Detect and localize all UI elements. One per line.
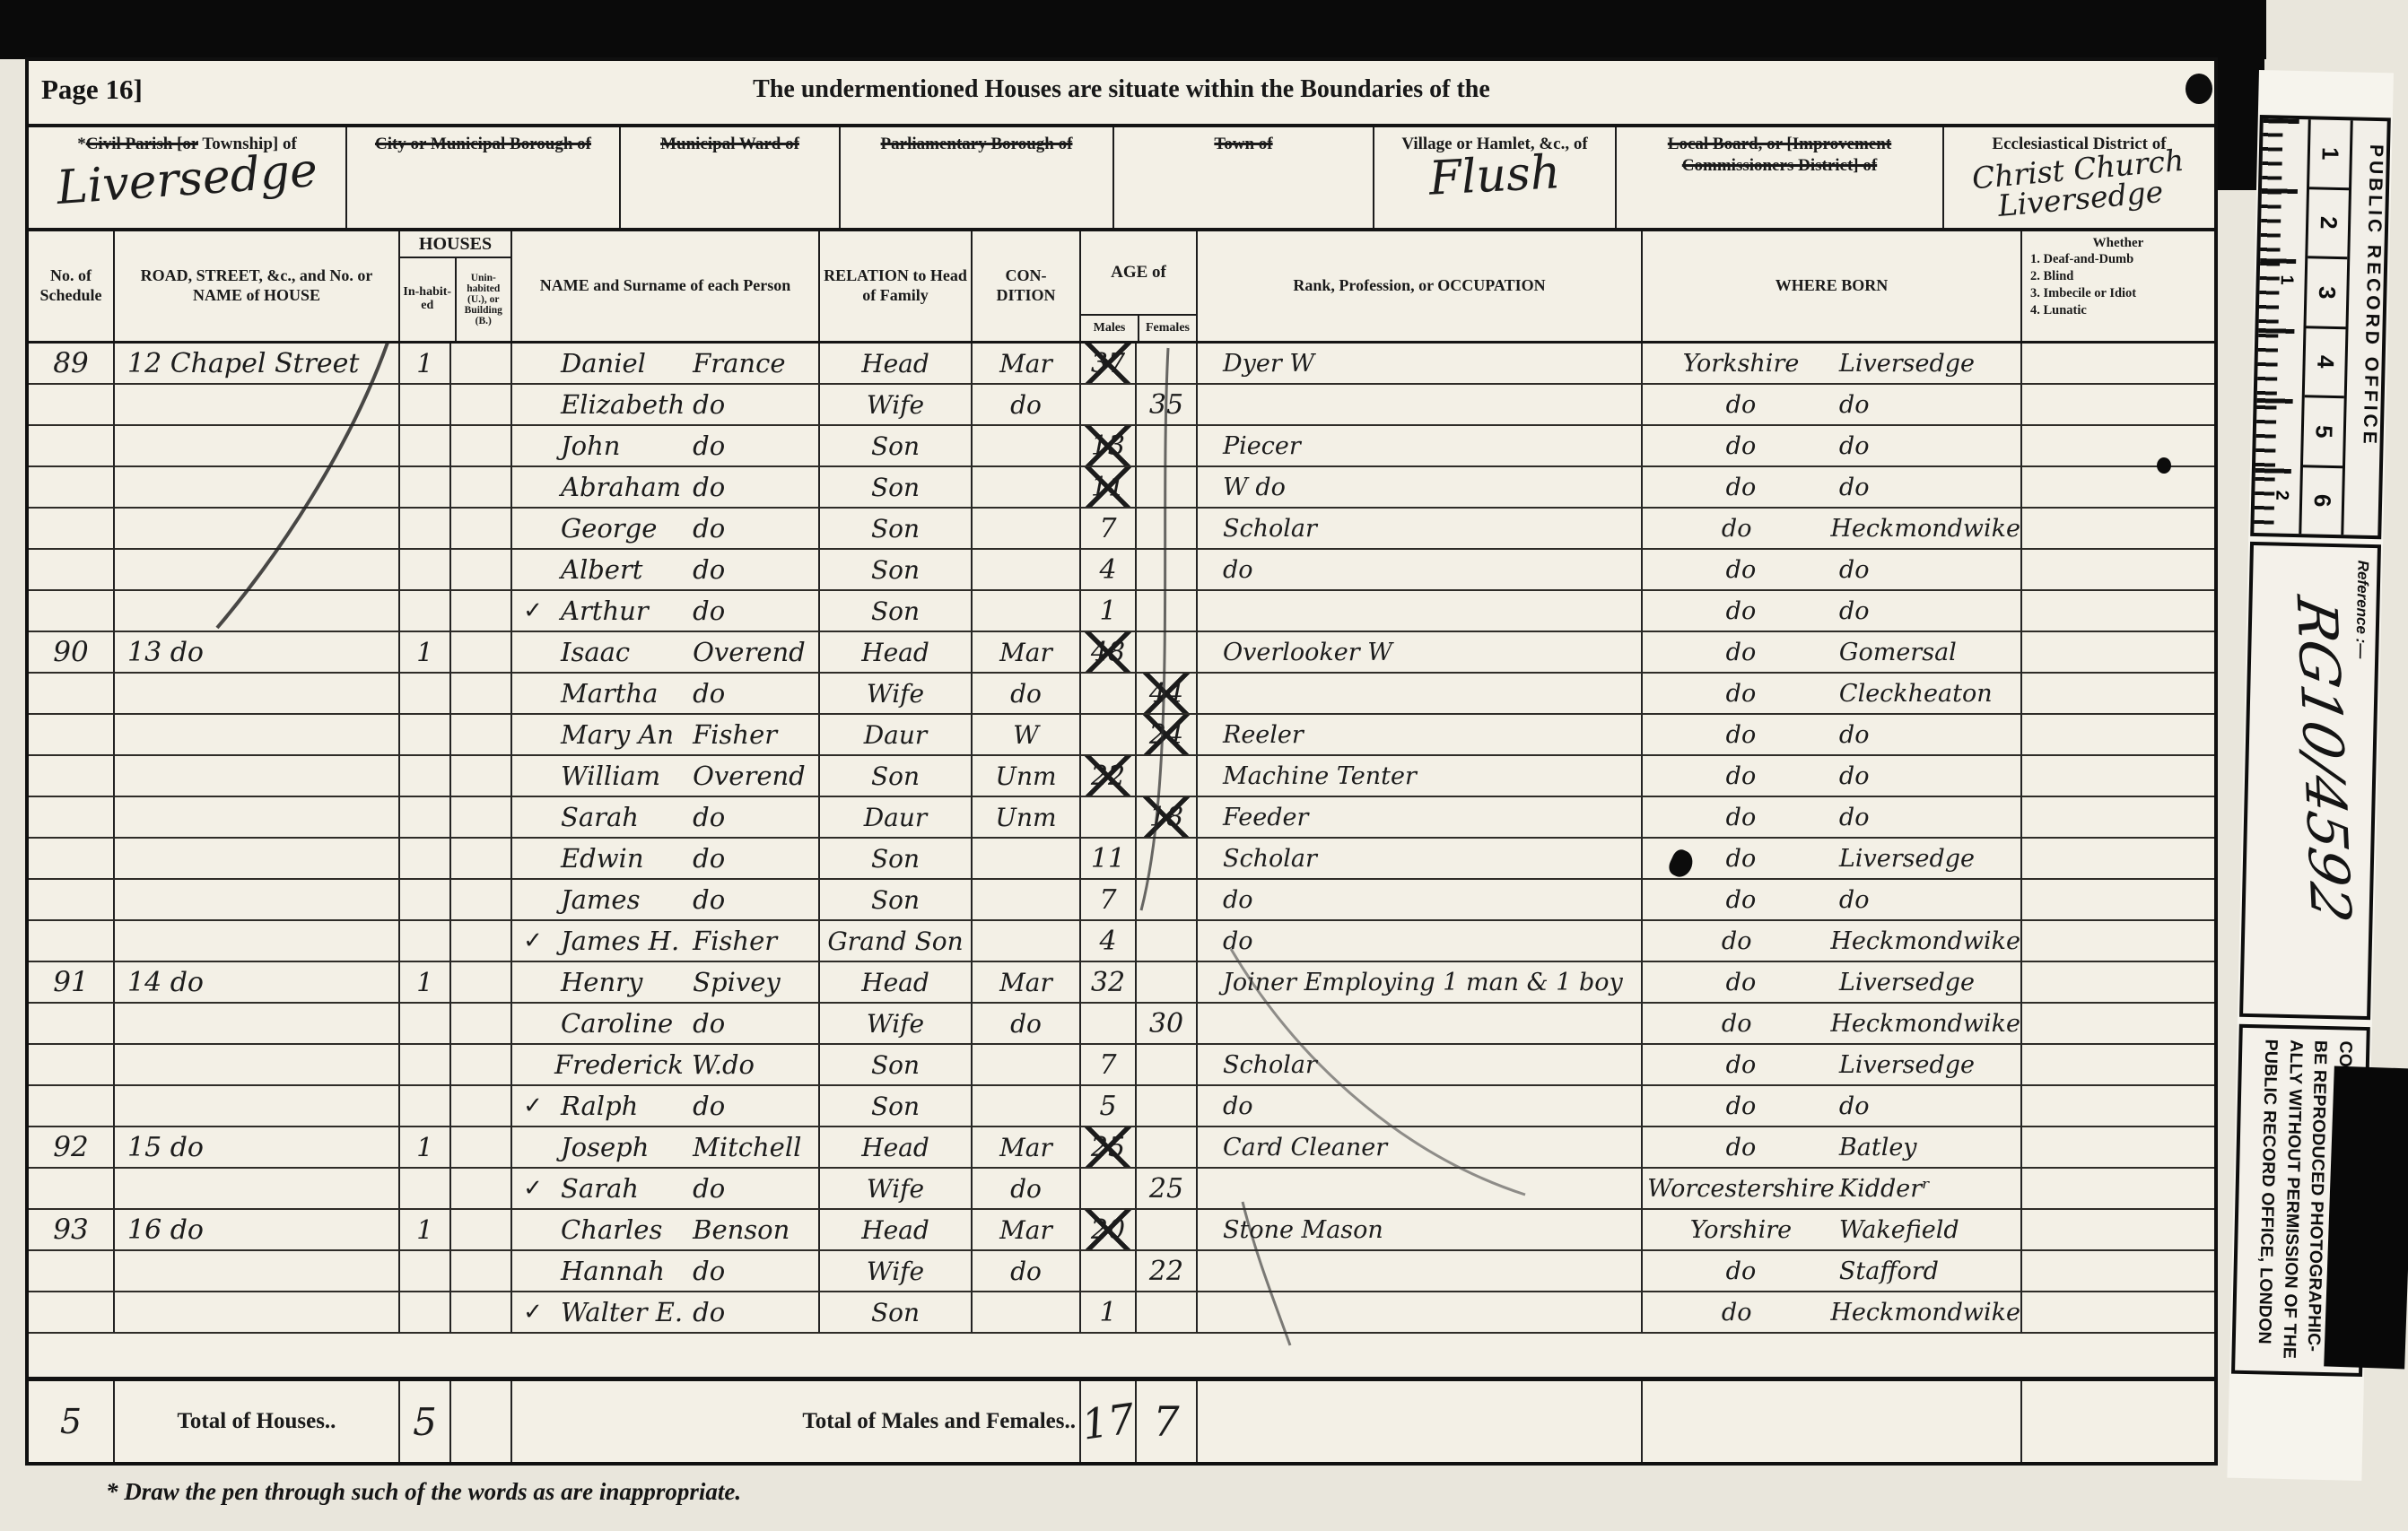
uninhabited-cell <box>451 467 512 509</box>
col-header-males: Males <box>1081 316 1139 341</box>
relation-cell: Son <box>820 1086 973 1127</box>
birth-county: do <box>1643 1257 1839 1285</box>
table-row: Edwin do Son 11 Scholar do Liversedge <box>29 839 2214 880</box>
age-female-cell <box>1137 1210 1198 1251</box>
name-cell: Mary An Fisher <box>512 715 820 756</box>
age-female-cell: 44 <box>1137 674 1198 715</box>
relation-cell: Son <box>820 880 973 921</box>
birth-place: do <box>1839 804 2020 831</box>
age-female-cell: 35 <box>1137 385 1198 426</box>
age-male-cell <box>1081 1251 1137 1292</box>
surname: do <box>693 554 818 585</box>
schedule-cell: 92 <box>29 1127 115 1169</box>
ink-blot <box>2186 74 2212 104</box>
occupation-cell <box>1198 1292 1643 1334</box>
surname: Spivey <box>693 967 818 997</box>
birth-place: Liversedge <box>1839 1051 2020 1079</box>
form-header-row: Page 16] The undermentioned Houses are s… <box>29 61 2214 127</box>
surname: Mitchell <box>693 1132 818 1162</box>
name-cell: ✓ Sarah do <box>512 1169 820 1210</box>
birthplace-cell: do do <box>1643 797 2022 839</box>
age-male-cell: 37 <box>1081 344 1137 385</box>
given-name: Arthur <box>546 596 693 626</box>
photo-dark-edge-top <box>0 0 2266 59</box>
given-name: Frederick W. <box>540 1049 722 1080</box>
age-male-cell: 22 <box>1081 756 1137 797</box>
occupation-cell: do <box>1198 1086 1643 1127</box>
inhabited-cell: 1 <box>400 962 451 1004</box>
condition-cell <box>973 550 1081 591</box>
road-cell <box>115 880 400 921</box>
occupation-cell: Piecer <box>1198 426 1643 467</box>
road-cell <box>115 1045 400 1086</box>
check-mark: ✓ <box>519 597 546 624</box>
disability-cell <box>2022 426 2214 467</box>
inhabited-cell <box>400 550 451 591</box>
total-females-value: 7 <box>1137 1381 1198 1462</box>
relation-cell: Head <box>820 1127 973 1169</box>
disability-items: 1. Deaf-and-Dumb2. Blind3. Imbecile or I… <box>2026 251 2211 318</box>
occupation-cell: do <box>1198 880 1643 921</box>
reference-label: Reference :— <box>2351 561 2371 659</box>
table-row: ✓ Arthur do Son 1 do do <box>29 591 2214 632</box>
header-fields: *Civil Parish [or Township] of Liversedg… <box>29 127 2214 231</box>
name-cell: Isaac Overend <box>512 632 820 674</box>
name-cell: John do <box>512 426 820 467</box>
disability-cell <box>2022 715 2214 756</box>
occupation-cell: do <box>1198 921 1643 962</box>
relation-cell: Son <box>820 1045 973 1086</box>
col-header-condition: CON- DITION <box>973 231 1081 341</box>
occupation-cell: Joiner Employing 1 man & 1 boy <box>1198 962 1643 1004</box>
disability-cell <box>2022 962 2214 1004</box>
schedule-cell <box>29 921 115 962</box>
condition-cell <box>973 921 1081 962</box>
disability-cell <box>2022 797 2214 839</box>
given-name: Daniel <box>546 348 693 378</box>
schedule-cell <box>29 1086 115 1127</box>
disability-cell <box>2022 632 2214 674</box>
relation-cell: Son <box>820 591 973 632</box>
relation-cell: Wife <box>820 1169 973 1210</box>
disability-cell <box>2022 1086 2214 1127</box>
condition-cell: do <box>973 1004 1081 1045</box>
birth-place: do <box>1839 474 2020 501</box>
schedule-cell <box>29 509 115 550</box>
birthplace-cell: do Batley <box>1643 1127 2022 1169</box>
age-male-cell: 4 <box>1081 921 1137 962</box>
occupation-cell: Dyer W <box>1198 344 1643 385</box>
photo-dark-corner <box>2324 1066 2408 1370</box>
occupation-cell: Feeder <box>1198 797 1643 839</box>
given-name: Edwin <box>546 843 693 874</box>
header-field-label: Town of <box>1114 127 1373 155</box>
inhabited-cell <box>400 674 451 715</box>
relation-cell: Son <box>820 426 973 467</box>
birth-county: Worcestershire <box>1643 1175 1839 1203</box>
name-cell: ✓ James H. Fisher <box>512 921 820 962</box>
relation-cell: Wife <box>820 674 973 715</box>
table-row: 89 12 Chapel Street 1 Daniel France Head… <box>29 344 2214 385</box>
table-row: John do Son 13 Piecer do do <box>29 426 2214 467</box>
age-male-cell: 32 <box>1081 962 1137 1004</box>
col-header-houses: HOUSES In-habit-ed Unin-habited (U.), or… <box>400 231 512 341</box>
col-header-females: Females <box>1139 316 1196 341</box>
schedule-cell <box>29 674 115 715</box>
road-cell <box>115 797 400 839</box>
occupation-cell: Scholar <box>1198 509 1643 550</box>
birth-place: do <box>1839 391 2020 419</box>
relation-cell: Head <box>820 1210 973 1251</box>
table-row: George do Son 7 Scholar do Heckmondwike <box>29 509 2214 550</box>
name-cell: ✓ Ralph do <box>512 1086 820 1127</box>
birth-county: do <box>1643 969 1839 996</box>
birthplace-cell: Yorshire Wakefield <box>1643 1210 2022 1251</box>
birth-place: Gomersal <box>1839 639 2020 666</box>
condition-cell: Mar <box>973 1210 1081 1251</box>
relation-cell: Son <box>820 550 973 591</box>
occupation-cell: W do <box>1198 467 1643 509</box>
total-males-value: 17 <box>1081 1381 1137 1462</box>
uninhabited-cell <box>451 1004 512 1045</box>
name-cell: William Overend <box>512 756 820 797</box>
pro-ruler: 1 2 123456 PUBLIC RECORD OFFICE <box>2250 115 2391 539</box>
condition-cell: Unm <box>973 797 1081 839</box>
birth-place: Stafford <box>1839 1257 2020 1285</box>
condition-cell: do <box>973 1251 1081 1292</box>
birth-place: Batley <box>1839 1134 2020 1161</box>
given-name: Albert <box>546 554 693 585</box>
condition-cell: do <box>973 674 1081 715</box>
uninhabited-cell <box>451 1045 512 1086</box>
schedule-total-value: 5 <box>29 1381 115 1462</box>
disability-cell <box>2022 550 2214 591</box>
schedule-cell <box>29 426 115 467</box>
road-cell <box>115 509 400 550</box>
schedule-cell: 91 <box>29 962 115 1004</box>
table-row: 92 15 do 1 Joseph Mitchell Head Mar 25 C… <box>29 1127 2214 1169</box>
disability-cell <box>2022 509 2214 550</box>
birth-place: Wakefield <box>1839 1216 2020 1244</box>
disability-cell <box>2022 1251 2214 1292</box>
given-name: William <box>546 761 693 791</box>
uninhabited-cell <box>451 1127 512 1169</box>
condition-cell <box>973 467 1081 509</box>
relation-cell: Son <box>820 839 973 880</box>
relation-cell: Wife <box>820 385 973 426</box>
uninhabited-cell <box>451 715 512 756</box>
road-cell <box>115 591 400 632</box>
road-cell: 16 do <box>115 1210 400 1251</box>
age-male-cell: 20 <box>1081 1210 1137 1251</box>
disability-cell <box>2022 385 2214 426</box>
table-row: Caroline do Wife do 30 do Heckmondwike <box>29 1004 2214 1045</box>
uninhabited-cell <box>451 839 512 880</box>
birth-county: do <box>1643 639 1839 666</box>
road-cell <box>115 674 400 715</box>
occupation-cell: Scholar <box>1198 839 1643 880</box>
surname: France <box>693 348 818 378</box>
birth-county: do <box>1643 680 1839 708</box>
road-cell <box>115 426 400 467</box>
road-cell: 13 do <box>115 632 400 674</box>
table-row: ✓ Sarah do Wife do 25 Worcestershire Kid… <box>29 1169 2214 1210</box>
birthplace-cell: do do <box>1643 550 2022 591</box>
disability-cell <box>2022 344 2214 385</box>
condition-cell: do <box>973 385 1081 426</box>
occupation-cell: Card Cleaner <box>1198 1127 1643 1169</box>
given-name: James <box>546 884 693 915</box>
relation-cell: Wife <box>820 1251 973 1292</box>
birth-place: Heckmondwike <box>1830 1299 2020 1327</box>
occupation-cell: do <box>1198 550 1643 591</box>
uninhabited-cell <box>451 1292 512 1334</box>
col-header-age: AGE of Males Females <box>1081 231 1198 341</box>
relation-cell: Daur <box>820 715 973 756</box>
age-male-cell: 1 <box>1081 1292 1137 1334</box>
header-field: Town of <box>1114 127 1374 228</box>
col-header-occupation: Rank, Profession, or OCCUPATION <box>1198 231 1643 341</box>
header-field-label: City or Municipal Borough of <box>347 127 619 155</box>
relation-cell: Head <box>820 344 973 385</box>
name-cell: ✓ Arthur do <box>512 591 820 632</box>
condition-cell: Mar <box>973 344 1081 385</box>
surname: do <box>693 596 818 626</box>
road-cell <box>115 756 400 797</box>
age-female-cell <box>1137 962 1198 1004</box>
age-female-cell <box>1137 880 1198 921</box>
birthplace-cell: do Liversedge <box>1643 962 2022 1004</box>
given-name: John <box>546 431 693 461</box>
surname: do <box>693 1256 818 1286</box>
birthplace-cell: Worcestershire Kidderʳ <box>1643 1169 2022 1210</box>
given-name: Caroline <box>546 1008 693 1039</box>
birthplace-cell: do Liversedge <box>1643 839 2022 880</box>
road-cell <box>115 385 400 426</box>
birth-place: Liversedge <box>1839 969 2020 996</box>
table-row: Mary An Fisher Daur W 24 Reeler do do <box>29 715 2214 756</box>
uninhabited-cell <box>451 426 512 467</box>
empty-row <box>29 1334 2214 1381</box>
name-cell: Charles Benson <box>512 1210 820 1251</box>
inhabited-cell <box>400 591 451 632</box>
road-cell <box>115 550 400 591</box>
birth-county: do <box>1643 556 1839 584</box>
birth-place: do <box>1839 721 2020 749</box>
uninhabited-cell <box>451 550 512 591</box>
birth-place: Cleckheaton <box>1839 680 2020 708</box>
given-name: Hannah <box>546 1256 693 1286</box>
ruler-number: 3 <box>2306 258 2347 328</box>
name-cell: ✓ Walter E. do <box>512 1292 820 1334</box>
header-field: City or Municipal Borough of <box>347 127 621 228</box>
given-name: Martha <box>546 678 693 709</box>
birth-place: Kidderʳ <box>1839 1175 2020 1203</box>
ruler-inch-label: 1 <box>2276 274 2297 285</box>
inhabited-cell <box>400 426 451 467</box>
given-name: Mary An <box>546 719 693 750</box>
condition-cell <box>973 839 1081 880</box>
birth-place: Liversedge <box>1839 350 2020 378</box>
condition-cell: Mar <box>973 1127 1081 1169</box>
birth-place: do <box>1839 1092 2020 1120</box>
table-row: ✓ James H. Fisher Grand Son 4 do do Heck… <box>29 921 2214 962</box>
age-female-cell <box>1137 344 1198 385</box>
surname: do <box>693 472 818 502</box>
inhabited-cell <box>400 756 451 797</box>
check-mark: ✓ <box>519 1299 546 1326</box>
schedule-cell <box>29 467 115 509</box>
road-cell <box>115 1086 400 1127</box>
given-name: George <box>546 513 693 544</box>
check-mark: ✓ <box>519 1175 546 1202</box>
disability-cell <box>2022 756 2214 797</box>
surname: do <box>693 802 818 832</box>
surname: do <box>722 1049 818 1080</box>
age-male-cell: 13 <box>1081 426 1137 467</box>
header-field-label: Municipal Ward of <box>621 127 839 155</box>
inhabited-cell <box>400 1086 451 1127</box>
occupation-cell: Stone Mason <box>1198 1210 1643 1251</box>
schedule-cell <box>29 591 115 632</box>
birth-county: do <box>1643 762 1839 790</box>
ruler-number: 1 <box>2309 119 2351 189</box>
name-cell: Hannah do <box>512 1251 820 1292</box>
surname: do <box>693 431 818 461</box>
totals-row: 5 Total of Houses.. 5 Total of Males and… <box>29 1381 2214 1462</box>
col-header-uninhabited: Unin-habited (U.), or Building (B.) <box>457 258 511 341</box>
age-female-cell <box>1137 1045 1198 1086</box>
birth-place: do <box>1839 886 2020 914</box>
name-cell: James do <box>512 880 820 921</box>
schedule-cell <box>29 1169 115 1210</box>
condition-cell <box>973 1086 1081 1127</box>
form-title: The undermentioned Houses are situate wi… <box>29 75 2214 104</box>
age-female-cell <box>1137 467 1198 509</box>
age-male-cell: 7 <box>1081 1045 1137 1086</box>
ruler-number: 2 <box>2308 189 2349 259</box>
surname: Fisher <box>693 926 818 956</box>
disability-cell <box>2022 1127 2214 1169</box>
birth-place: Liversedge <box>1839 845 2020 873</box>
inhabited-cell <box>400 1004 451 1045</box>
relation-cell: Head <box>820 962 973 1004</box>
age-female-cell: 25 <box>1137 1169 1198 1210</box>
birth-county: do <box>1643 721 1839 749</box>
name-cell: Edwin do <box>512 839 820 880</box>
column-headers: No. of Schedule ROAD, STREET, &c., and N… <box>29 231 2214 344</box>
schedule-cell: 93 <box>29 1210 115 1251</box>
age-male-cell: 25 <box>1081 1127 1137 1169</box>
schedule-cell <box>29 1251 115 1292</box>
disability-cell <box>2022 591 2214 632</box>
age-male-cell: 48 <box>1081 632 1137 674</box>
table-row: Hannah do Wife do 22 do Stafford <box>29 1251 2214 1292</box>
ruler-number: 4 <box>2305 328 2346 398</box>
table-row: Frederick W. do Son 7 Scholar do Liverse… <box>29 1045 2214 1086</box>
birth-place: Heckmondwike <box>1830 927 2020 955</box>
census-form: Page 16] The undermentioned Houses are s… <box>25 57 2218 1466</box>
birth-place: do <box>1839 762 2020 790</box>
uninhabited-cell <box>451 509 512 550</box>
relation-cell: Head <box>820 632 973 674</box>
uninhabited-cell <box>451 344 512 385</box>
surname: do <box>693 513 818 544</box>
disability-cell <box>2022 1169 2214 1210</box>
age-group-title: AGE of <box>1081 231 1196 314</box>
name-cell: Sarah do <box>512 797 820 839</box>
given-name: Sarah <box>546 802 693 832</box>
inhabited-cell <box>400 797 451 839</box>
age-female-cell <box>1137 839 1198 880</box>
total-males-females-label: Total of Males and Females.. <box>512 1381 1081 1462</box>
header-field-label: Local Board, or [Improvement Commissione… <box>1617 127 1942 177</box>
inhabited-cell <box>400 1292 451 1334</box>
header-field-value: Christ Church Liversedge <box>1942 143 2217 225</box>
inhabited-cell <box>400 880 451 921</box>
road-cell <box>115 921 400 962</box>
occupation-cell: Machine Tenter <box>1198 756 1643 797</box>
disability-cell <box>2022 1045 2214 1086</box>
header-field: *Civil Parish [or Township] of Liversedg… <box>29 127 347 228</box>
surname: Overend <box>693 761 818 791</box>
ink-blot <box>2157 457 2171 474</box>
surname: do <box>693 1297 818 1327</box>
inhabited-cell <box>400 385 451 426</box>
road-cell <box>115 1292 400 1334</box>
age-male-cell <box>1081 674 1137 715</box>
col-header-where-born: WHERE BORN <box>1643 231 2022 341</box>
birth-county: do <box>1643 927 1830 955</box>
age-female-cell: 22 <box>1137 1251 1198 1292</box>
occupation-cell <box>1198 1169 1643 1210</box>
given-name: Elizabeth <box>546 389 693 420</box>
occupation-cell: Overlooker W <box>1198 632 1643 674</box>
uninhabited-cell <box>451 756 512 797</box>
road-cell: 14 do <box>115 962 400 1004</box>
age-female-cell <box>1137 591 1198 632</box>
uninhabited-cell <box>451 1169 512 1210</box>
age-male-cell <box>1081 715 1137 756</box>
disability-cell <box>2022 921 2214 962</box>
road-cell <box>115 715 400 756</box>
age-female-cell <box>1137 756 1198 797</box>
surname: do <box>693 843 818 874</box>
birthplace-cell: do Heckmondwike <box>1643 921 2022 962</box>
surname: do <box>693 678 818 709</box>
age-female-cell <box>1137 509 1198 550</box>
uninhabited-cell <box>451 674 512 715</box>
col-header-inhabited: In-habit-ed <box>400 258 457 341</box>
age-female-cell <box>1137 921 1198 962</box>
birth-county: do <box>1643 1134 1839 1161</box>
occupation-cell: Reeler <box>1198 715 1643 756</box>
birth-county: Yorkshire <box>1643 350 1839 378</box>
condition-cell: W <box>973 715 1081 756</box>
age-male-cell: 11 <box>1081 467 1137 509</box>
condition-cell <box>973 426 1081 467</box>
table-row: Elizabeth do Wife do 35 do do <box>29 385 2214 426</box>
col-header-relation: RELATION to Head of Family <box>820 231 973 341</box>
birth-place: Heckmondwike <box>1830 515 2020 543</box>
disability-cell <box>2022 674 2214 715</box>
schedule-cell <box>29 797 115 839</box>
birth-county: do <box>1643 432 1839 460</box>
disability-title: Whether <box>2026 235 2211 251</box>
col-header-road: ROAD, STREET, &c., and No. or NAME of HO… <box>115 231 400 341</box>
uninhabited-cell <box>451 632 512 674</box>
birth-county: do <box>1643 1010 1830 1038</box>
